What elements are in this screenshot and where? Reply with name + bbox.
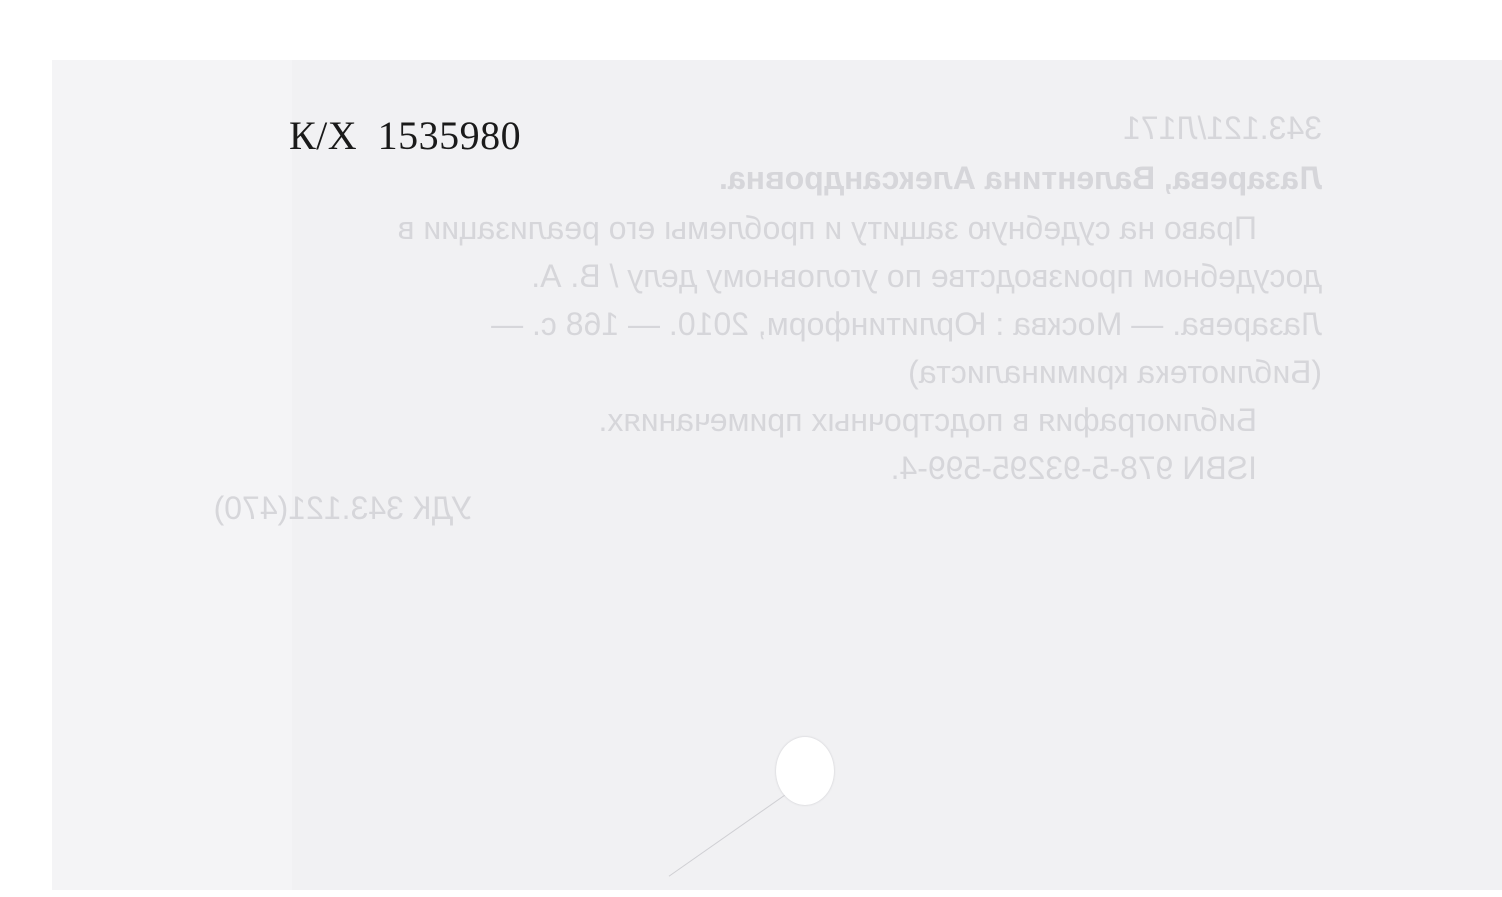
isbn-line: ISBN 978-5-93295-599-4.: [891, 450, 1257, 487]
imprint-line: Лазарева. — Москва : Юрлитинформ, 2010. …: [491, 306, 1322, 343]
title-line-2: досудебном производстве по уголовному де…: [531, 258, 1322, 295]
bibliography-note: Библиография в подстрочных примечаниях.: [598, 402, 1257, 439]
show-through-text: 343.121/Л171 Лазарева, Валентина Алексан…: [0, 0, 1502, 897]
author-heading: Лазарева, Валентина Александровна.: [719, 160, 1322, 197]
punch-hole: [776, 737, 834, 805]
inventory-code: К/Х 1535980: [289, 112, 521, 159]
series-line: (Библиотека криминалиста): [908, 354, 1322, 391]
classification-number: 343.121/Л171: [1123, 110, 1322, 147]
udc-line: УДК 343.121(470): [214, 490, 472, 527]
title-line-1: Право на судебную защиту и проблемы его …: [397, 210, 1257, 247]
